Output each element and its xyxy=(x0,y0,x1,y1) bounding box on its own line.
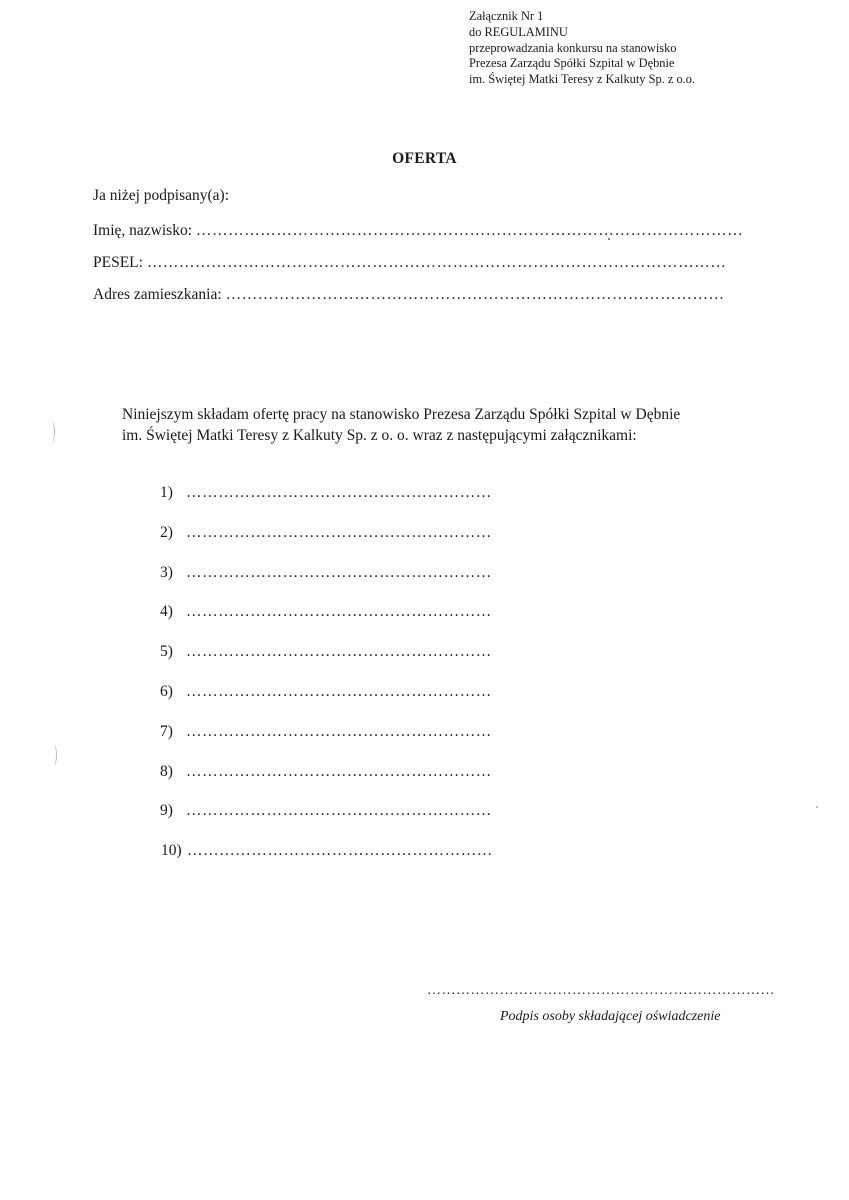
attachment-dotted-line[interactable]: ………………………………………………… xyxy=(186,802,492,819)
scan-mark xyxy=(50,744,57,766)
attachment-header: Załącznik Nr 1 do REGULAMINU przeprowadz… xyxy=(469,9,695,88)
attachment-row[interactable]: 9)………………………………………………… xyxy=(160,802,492,820)
header-line: do REGULAMINU xyxy=(469,25,695,41)
pesel-field[interactable]: PESEL: ………………………………………………………………………………………… xyxy=(93,254,726,272)
attachment-dotted-line[interactable]: ………………………………………………… xyxy=(187,842,493,859)
attachment-dotted-line[interactable]: ………………………………………………… xyxy=(186,683,492,700)
header-line: Załącznik Nr 1 xyxy=(469,9,695,25)
scan-speck xyxy=(608,238,610,240)
attachment-dotted-line[interactable]: ………………………………………………… xyxy=(186,723,492,740)
scan-speck xyxy=(816,806,818,808)
name-dotted-line[interactable]: ………………………………………………………………………………………… xyxy=(196,222,743,239)
attachment-number: 4) xyxy=(160,603,186,621)
attachment-number: 3) xyxy=(160,564,186,582)
attachment-row[interactable]: 4)………………………………………………… xyxy=(160,603,492,621)
address-field[interactable]: Adres zamieszkania: ……………………………………………………… xyxy=(93,286,725,304)
header-line: przeprowadzania konkursu na stanowisko xyxy=(469,41,695,57)
pesel-dotted-line[interactable]: ……………………………………………………………………………………………… xyxy=(147,254,727,271)
signature-label: Podpis osoby składającej oświadczenie xyxy=(500,1009,720,1025)
attachment-number: 8) xyxy=(160,763,186,781)
attachment-number: 1) xyxy=(160,484,186,502)
attachment-row[interactable]: 7)………………………………………………… xyxy=(160,723,492,741)
statement-line: Niniejszym składam ofertę pracy na stano… xyxy=(122,404,680,425)
signature-dotted-line[interactable]: ……………………………………………………………… xyxy=(427,983,775,999)
attachment-row[interactable]: 1)………………………………………………… xyxy=(160,484,492,502)
header-line: Prezesa Zarządu Spółki Szpital w Dębnie xyxy=(469,56,695,72)
header-line: im. Świętej Matki Teresy z Kalkuty Sp. z… xyxy=(469,72,695,88)
statement-paragraph: Niniejszym składam ofertę pracy na stano… xyxy=(122,404,680,446)
address-dotted-line[interactable]: ………………………………………………………………………………… xyxy=(226,286,725,303)
attachment-row[interactable]: 5)………………………………………………… xyxy=(160,643,492,661)
attachment-dotted-line[interactable]: ………………………………………………… xyxy=(186,643,492,660)
attachment-dotted-line[interactable]: ………………………………………………… xyxy=(186,564,492,581)
intro-text: Ja niżej podpisany(a): xyxy=(93,187,229,205)
attachment-row[interactable]: 10)………………………………………………… xyxy=(161,842,493,860)
attachment-number: 6) xyxy=(160,683,186,701)
attachment-row[interactable]: 3)………………………………………………… xyxy=(160,564,492,582)
attachment-number: 5) xyxy=(160,643,186,661)
attachment-number: 2) xyxy=(160,524,186,542)
attachment-row[interactable]: 2)………………………………………………… xyxy=(160,524,492,542)
document-title: OFERTA xyxy=(0,150,849,168)
scan-mark xyxy=(48,421,55,443)
attachment-dotted-line[interactable]: ………………………………………………… xyxy=(186,603,492,620)
attachment-number: 10) xyxy=(161,842,187,860)
attachment-dotted-line[interactable]: ………………………………………………… xyxy=(186,484,492,501)
attachment-dotted-line[interactable]: ………………………………………………… xyxy=(186,763,492,780)
statement-line: im. Świętej Matki Teresy z Kalkuty Sp. z… xyxy=(122,425,680,446)
attachment-number: 9) xyxy=(160,802,186,820)
attachment-row[interactable]: 6)………………………………………………… xyxy=(160,683,492,701)
attachment-row[interactable]: 8)………………………………………………… xyxy=(160,763,492,781)
name-field[interactable]: Imię, nazwisko: ………………………………………………………………… xyxy=(93,222,743,240)
attachment-dotted-line[interactable]: ………………………………………………… xyxy=(186,524,492,541)
name-label: Imię, nazwisko: xyxy=(93,222,192,239)
attachment-number: 7) xyxy=(160,723,186,741)
pesel-label: PESEL: xyxy=(93,254,143,271)
address-label: Adres zamieszkania: xyxy=(93,286,222,303)
